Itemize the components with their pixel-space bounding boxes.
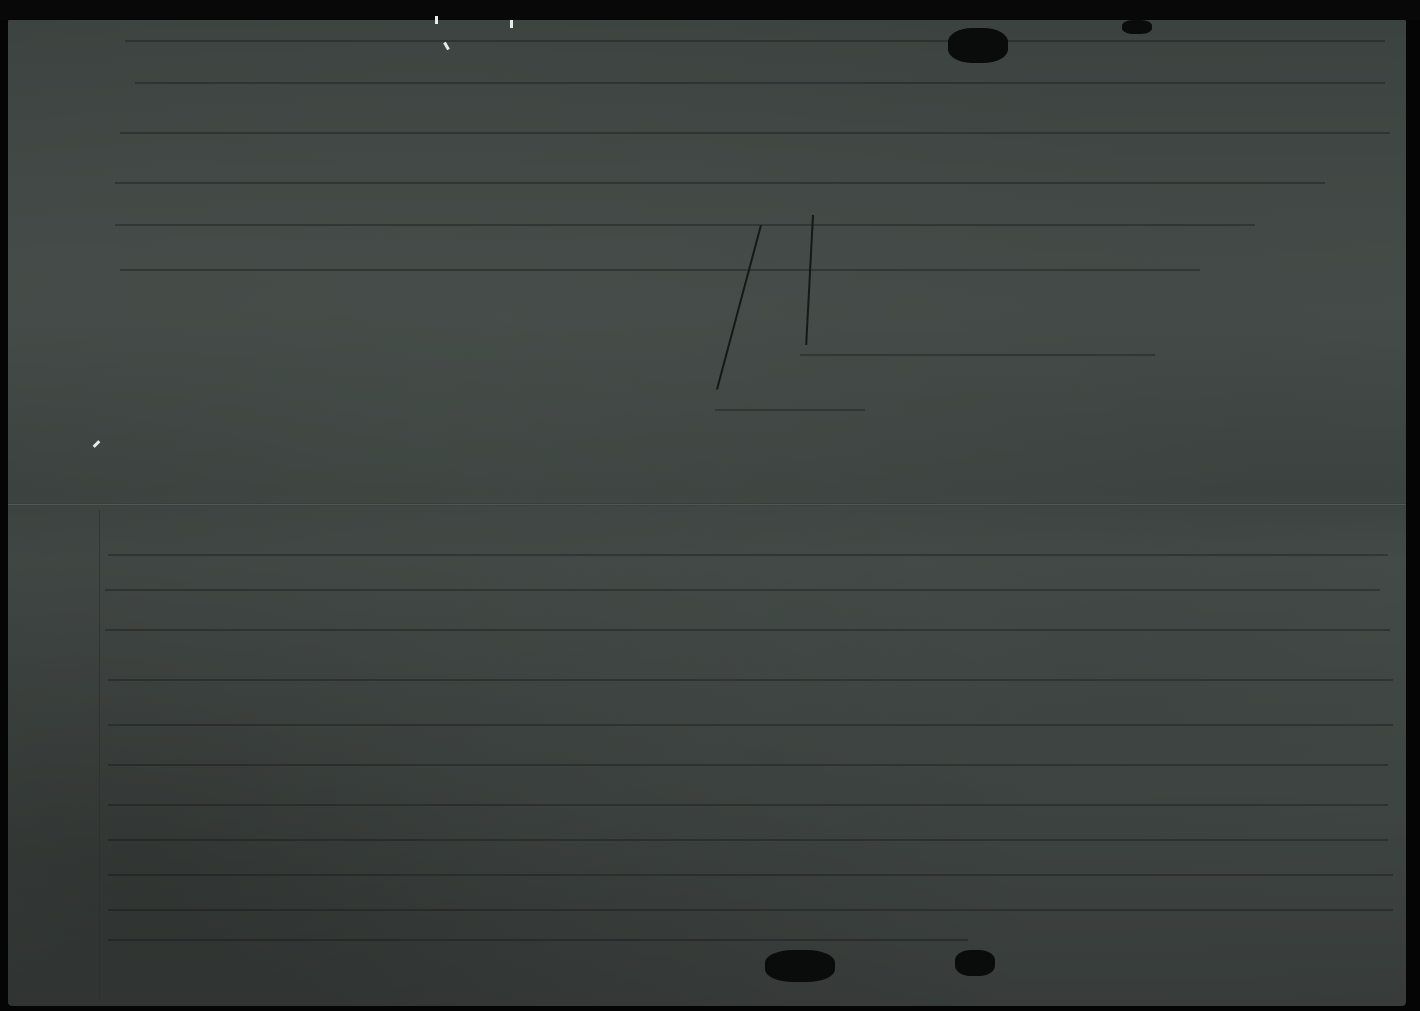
- upper-line: [125, 16, 1385, 42]
- margin-rule: [99, 510, 100, 1000]
- upper-line: [120, 108, 1390, 134]
- lower-line: [108, 530, 1388, 556]
- lower-line: [108, 915, 968, 941]
- damage-stain: [948, 28, 1008, 63]
- paper-speck: [510, 20, 513, 28]
- signature-line: [800, 330, 1155, 356]
- lower-line: [108, 885, 1393, 911]
- upper-line: [115, 200, 1255, 226]
- lower-line: [108, 655, 1393, 681]
- damage-stain: [955, 950, 995, 976]
- upper-line: [120, 245, 1200, 271]
- damage-stain: [1122, 20, 1152, 34]
- upper-line: [135, 58, 1385, 84]
- lower-line: [108, 815, 1388, 841]
- signature-line: [715, 385, 865, 411]
- lower-line: [105, 605, 1390, 631]
- fold-crease: [8, 503, 1406, 506]
- lower-line: [108, 740, 1388, 766]
- lower-line: [108, 780, 1388, 806]
- paper-speck: [435, 16, 438, 24]
- lower-line: [108, 850, 1393, 876]
- damage-stain: [765, 950, 835, 982]
- lower-line: [105, 565, 1380, 591]
- lower-line: [108, 700, 1393, 726]
- upper-line: [115, 158, 1325, 184]
